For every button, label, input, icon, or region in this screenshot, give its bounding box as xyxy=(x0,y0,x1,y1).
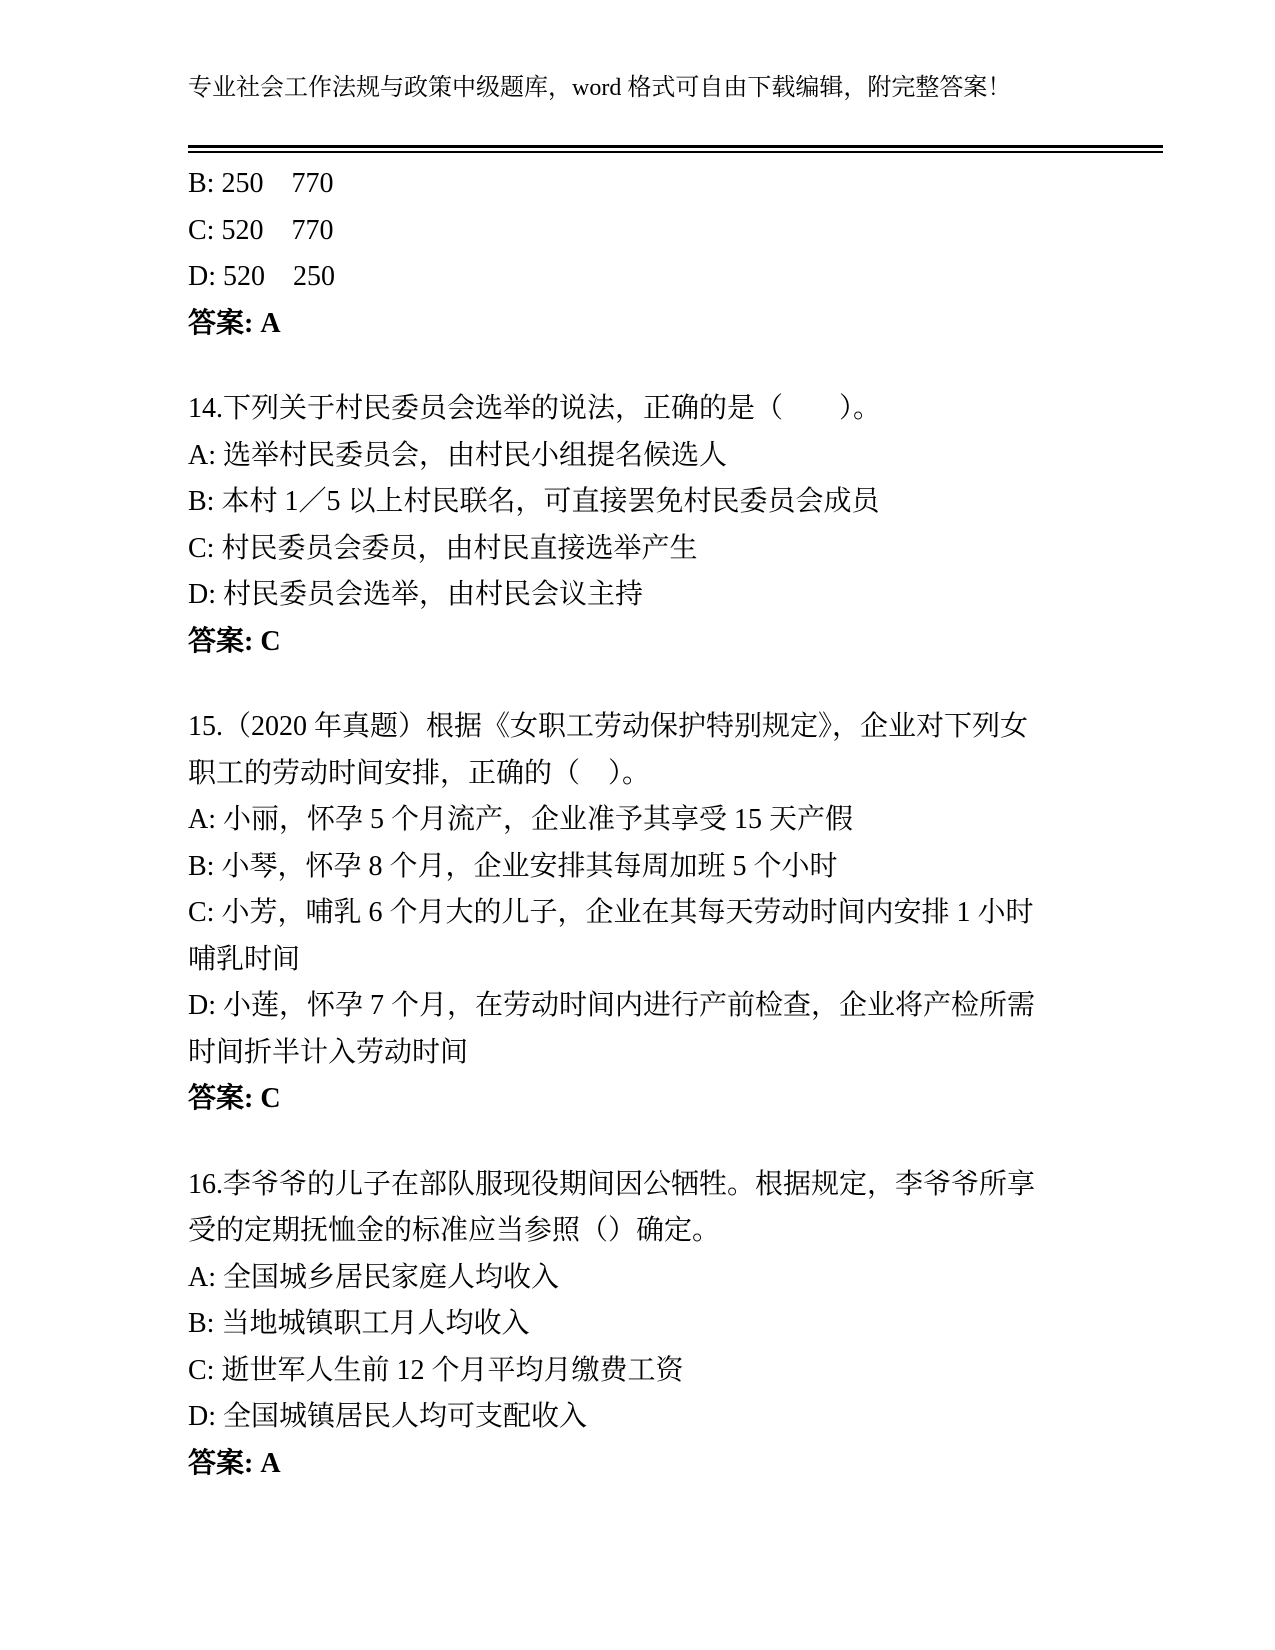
question-13-partial: B: 250 770 C: 520 770 D: 520 250 答案: A xyxy=(188,161,1163,347)
option-c-line: C: 逝世军人生前 12 个月平均月缴费工资 xyxy=(188,1348,1163,1395)
option-b-line: B: 本村 1／5 以上村民联名，可直接罢免村民委员会成员 xyxy=(188,479,1163,526)
question-stem: 15.（2020 年真题）根据《女职工劳动保护特别规定》，企业对下列女 职工的劳… xyxy=(188,704,1163,797)
option-a-line: A: 小丽，怀孕 5 个月流产，企业准予其享受 15 天产假 xyxy=(188,797,1163,844)
question-16: 16.李爷爷的儿子在部队服现役期间因公牺牲。根据规定，李爷爷所享 受的定期抚恤金… xyxy=(188,1162,1163,1488)
answer-line: 答案: C xyxy=(188,1076,1163,1123)
option-c-line: C: 520 770 xyxy=(188,208,1163,255)
document-body: B: 250 770 C: 520 770 D: 520 250 答案: A 1… xyxy=(188,161,1163,1487)
option-c-line: C: 小芳，哺乳 6 个月大的儿子，企业在其每天劳动时间内安排 1 小时 哺乳时… xyxy=(188,890,1163,983)
option-d-line: D: 小莲，怀孕 7 个月，在劳动时间内进行产前检查，企业将产检所需 时间折半计… xyxy=(188,983,1163,1076)
document-page: 专业社会工作法规与政策中级题库，word 格式可自由下载编辑，附完整答案！ B:… xyxy=(0,0,1275,1650)
option-d-line: D: 520 250 xyxy=(188,254,1163,301)
question-stem: 14.下列关于村民委员会选举的说法，正确的是（ ）。 xyxy=(188,386,1163,433)
option-a-line: A: 全国城乡居民家庭人均收入 xyxy=(188,1255,1163,1302)
answer-line: 答案: A xyxy=(188,1441,1163,1488)
option-a-line: A: 选举村民委员会，由村民小组提名候选人 xyxy=(188,433,1163,480)
answer-line: 答案: C xyxy=(188,619,1163,666)
question-stem: 16.李爷爷的儿子在部队服现役期间因公牺牲。根据规定，李爷爷所享 受的定期抚恤金… xyxy=(188,1162,1163,1255)
question-15: 15.（2020 年真题）根据《女职工劳动保护特别规定》，企业对下列女 职工的劳… xyxy=(188,704,1163,1123)
option-d-line: D: 全国城镇居民人均可支配收入 xyxy=(188,1394,1163,1441)
option-c-line: C: 村民委员会委员，由村民直接选举产生 xyxy=(188,526,1163,573)
option-b-line: B: 250 770 xyxy=(188,161,1163,208)
answer-line: 答案: A xyxy=(188,301,1163,348)
option-b-line: B: 当地城镇职工月人均收入 xyxy=(188,1301,1163,1348)
option-d-line: D: 村民委员会选举，由村民会议主持 xyxy=(188,572,1163,619)
header-divider xyxy=(188,145,1163,153)
option-b-line: B: 小琴，怀孕 8 个月，企业安排其每周加班 5 个小时 xyxy=(188,844,1163,891)
page-header-text: 专业社会工作法规与政策中级题库，word 格式可自由下载编辑，附完整答案！ xyxy=(188,72,1163,104)
question-14: 14.下列关于村民委员会选举的说法，正确的是（ ）。 A: 选举村民委员会，由村… xyxy=(188,386,1163,665)
